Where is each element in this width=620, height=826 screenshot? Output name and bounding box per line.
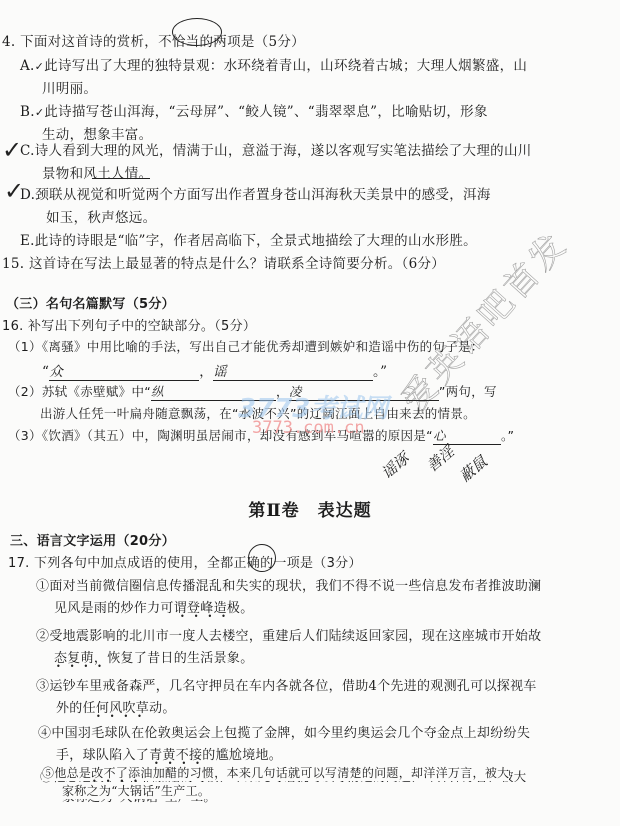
q14-option-b: B.✓此诗描写苍山洱海，“云母屏”、“鲛人镜”、“翡翠翠息”，比喻贴切，形象 <box>20 100 488 120</box>
option-label: C. <box>20 143 35 159</box>
sentence-number: ⑤ <box>42 766 54 780</box>
emphasis-dots: •••• <box>56 662 111 671</box>
emphasis-dots: •••• <box>96 712 151 721</box>
part-title: 第Ⅱ卷 表达题 <box>0 496 620 521</box>
q15-stem: 15. 这首诗在写法上最显著的特点是什么？请联系全诗简要分析。（6分） <box>2 252 445 272</box>
handwritten-answer: 谣 <box>213 364 227 380</box>
sentence-text: 他总是改不了添油加醋的习惯，本来几句话就可以写清楚的问题，却洋洋万言，被大 <box>54 766 509 780</box>
option-text: 颈联从视觉和听觉两个方面写出作者置身苍山洱海秋天美景中的感受，洱海 <box>35 187 490 203</box>
q17-sentence: ④中国羽毛球队在伦敦奥运会上包揽了金牌，如今里约奥运会几个夺金点上却纷纷失 <box>38 722 530 741</box>
option-text: 景物和风土人情。 <box>42 166 152 182</box>
sentence-number: ④ <box>38 726 51 741</box>
sentence-text: 中国羽毛球队在伦敦奥运会上包揽了金牌，如今里约奥运会几个夺金点上却纷纷失 <box>51 726 530 741</box>
item-prompt: （3）《饮酒》（其五）中，陶渊明虽居闹市，却没有感到车马喧嚣的原因是“ <box>8 428 433 443</box>
circle-annotation <box>248 544 276 572</box>
q14-option-a: A.✓此诗写出了大理的独特景观：水环绕着青山，山环绕着古城；大理人烟繁盛，山 <box>20 54 527 74</box>
q14-option-c: C.诗人看到大理的风光，情满于山，意溢于海，遂以客观写实笔法描绘了大理的山川 <box>20 139 532 159</box>
sentence-text: 运钞车里戒备森严，几名守押员在车内各就各位，借助4个先进的观测孔可以探视车 <box>49 679 536 694</box>
underline-annotation <box>92 178 150 179</box>
handwritten-answer: 纵 <box>151 384 164 399</box>
comma: ， <box>199 364 213 380</box>
answer-blank-1[interactable]: 众 <box>49 360 199 381</box>
handwritten-answer: 众 <box>49 364 63 380</box>
q16-stem: 16. 补写出下列句子中的空缺部分。（5分） <box>2 315 256 334</box>
handwritten-note-2: 善淫 <box>422 441 458 476</box>
option-text: 此诗写出了大理的独特景观：水环绕着青山，山环绕着古城；大理人烟繁盛，山 <box>44 58 527 74</box>
close-quote: 。” <box>501 428 514 443</box>
q16-item1-prompt: （1）《离骚》中用比喻的手法，写出自己才能优秀却遭到嫉妒和造谣中伤的句子是： <box>8 337 484 355</box>
option-text: 此诗的诗眼是“临”字，作者居高临下，全景式地描绘了大理的山水形胜。 <box>35 233 477 249</box>
q14-stem: 4. 下面对这首诗的赏析，不恰当的两项是（5分） <box>2 30 305 50</box>
circle-annotation <box>172 18 222 46</box>
option-label: B. <box>20 104 35 120</box>
option-label: D. <box>20 187 35 203</box>
handwritten-note-3: 蔽鼠 <box>455 451 491 486</box>
check-mark-icon: ✓ <box>35 60 45 73</box>
exam-page: 4. 下面对这首诗的赏析，不恰当的两项是（5分） A.✓此诗写出了大理的独特景观… <box>0 0 620 826</box>
answer-blank-2[interactable]: 谣 <box>213 360 373 381</box>
q14-option-d: D.颈联从视觉和听觉两个方面写出作者置身苍山洱海秋天美景中的感受，洱海 <box>20 183 491 203</box>
emphasis-dots: •••• <box>180 612 235 621</box>
option-label: E. <box>20 233 35 249</box>
item-prefix: （2）苏轼《赤壁赋》中“ <box>8 384 151 399</box>
sentence-number: ① <box>36 579 49 594</box>
close-quote: 。” <box>373 364 387 380</box>
site-url-watermark: 3773.com.cn <box>252 418 365 438</box>
q17-sentence: ①面对当前微信圈信息传播混乱和失实的现状，我们不得不说一些信息发布者推波助澜 <box>36 575 541 594</box>
q17-sentence: ⑤他总是改不了添油加醋的习惯，本来几句话就可以写清楚的问题，却洋洋万言，被大 <box>42 764 509 781</box>
q17-sentence-cont: 家称之为“大锅话”生产工。 <box>62 787 216 805</box>
q17-sentence: ③运钞车里戒备森严，几名守押员在车内各就各位，借助4个先进的观测孔可以探视车 <box>36 675 537 694</box>
quote: “ <box>42 364 49 380</box>
q14-option-d-cont: 如玉，秋声悠远。 <box>46 206 156 226</box>
q14-option-c-cont: 景物和风土人情。 <box>42 162 152 182</box>
option-text: 此诗描写苍山洱海，“云母屏”、“鲛人镜”、“翡翠翠息”，比喻贴切，形象 <box>44 104 487 120</box>
sentence-number: ③ <box>36 679 49 694</box>
q17-sentence: ②受地震影响的北川市一度人去楼空，重建后人们陆续返回家园，现在这座城市开始故 <box>36 625 541 644</box>
section-heading: 三、语言文字运用（20分） <box>10 530 175 549</box>
q14-option-e: E.此诗的诗眼是“临”字，作者居高临下，全景式地描绘了大理的山水形胜。 <box>20 229 477 249</box>
option-text: 诗人看到大理的风光，情满于山，意溢于海，遂以客观写实笔法描绘了大理的山川 <box>35 143 532 159</box>
check-mark-icon: ✓ <box>35 106 45 119</box>
option-label: A. <box>20 58 35 74</box>
q16-item1-answer: “众，谣。” <box>42 360 387 381</box>
section-heading: （三）名句名篇默写（5分） <box>6 293 175 312</box>
q14-option-a-cont: 川明丽。 <box>42 77 97 97</box>
sentence-number: ② <box>36 629 49 644</box>
q17-stem: 17. 下列各句中加点成语的使用，全都正确的一项是（3分） <box>8 552 362 571</box>
handwritten-note-1: 谣诼 <box>377 448 413 483</box>
sentence-text: 面对当前微信圈信息传播混乱和失实的现状，我们不得不说一些信息发布者推波助澜 <box>49 579 541 594</box>
sentence-text: 受地震影响的北川市一度人去楼空，重建后人们陆续返回家园，现在这座城市开始故 <box>49 629 541 644</box>
